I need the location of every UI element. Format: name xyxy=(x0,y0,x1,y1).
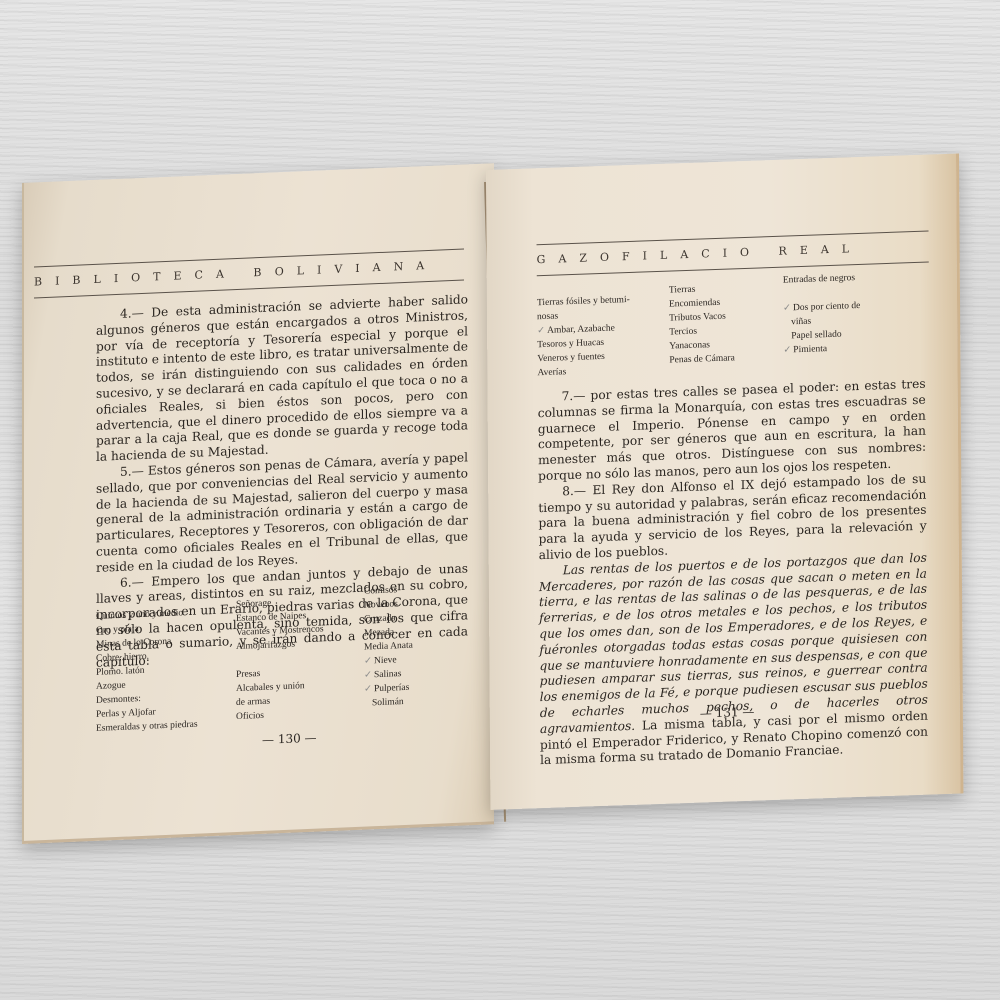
checkmark-icon: ✓ xyxy=(364,670,372,680)
list-item: Solimán xyxy=(364,695,413,711)
list-item: Media Anata xyxy=(364,639,413,655)
left-page: BIBLIOTECA BOLIVIANA 4.— De esta adminis… xyxy=(22,163,494,844)
page-number-left: — 130 — xyxy=(262,731,317,747)
list-column-1: Quintos y uno y medio Oro y plata Minas … xyxy=(96,606,198,736)
list-column-3: Entradas de negros ✓Dos por ciento de vi… xyxy=(783,271,861,358)
list-item: Penas de Cámara xyxy=(669,351,735,367)
list-item: ✓Dos por ciento de xyxy=(783,299,860,316)
list-item: ✓Pulperías xyxy=(364,681,413,697)
page-number-right: — 131 — xyxy=(700,705,755,721)
checkmark-icon: ✓ xyxy=(364,656,372,666)
running-header-left: BIBLIOTECA BOLIVIANA xyxy=(34,248,464,298)
checkmark-icon: ✓ xyxy=(537,326,545,336)
list-item-label: Nieve xyxy=(374,655,397,666)
list-column-2: Señorage Estanco de Naipes Vacantes y Mo… xyxy=(236,594,324,724)
list-item-label: Pulperías xyxy=(374,683,409,694)
checkmark-icon: ✓ xyxy=(364,684,372,694)
list-item-label: Dos por ciento de xyxy=(793,301,860,313)
running-header-right: GAZOFILACIO REAL xyxy=(537,231,929,277)
list-column-2: Tierras Encomiendas Tributos Vacos Terci… xyxy=(669,281,735,367)
list-item: Oficios xyxy=(236,706,324,724)
list-column-3: Comisos Novenos Cruzada Mezada Media Ana… xyxy=(364,583,413,711)
list-item: Entradas de negros xyxy=(783,271,860,288)
list-column-1: Tierras fósiles y betumi- nosas ✓Ambar, … xyxy=(537,293,630,380)
list-item-label: Pimienta xyxy=(793,344,827,355)
revenue-list-right: Tierras fósiles y betumi- nosas ✓Ambar, … xyxy=(537,275,918,388)
paragraph-4: 4.— De esta administración se advierte h… xyxy=(96,292,468,466)
list-item: Esmeraldas y otras piedras xyxy=(96,718,198,736)
checkmark-icon: ✓ xyxy=(783,303,791,313)
paragraph-5: 5.— Estos géneros son penas de Cámara, a… xyxy=(96,450,468,576)
revenue-list-left: Quintos y uno y medio Oro y plata Minas … xyxy=(96,594,466,750)
paragraph-8: 8.— El Rey don Alfonso el IX dejó estamp… xyxy=(538,471,927,564)
quotation: Las rentas de los puertos e de los porta… xyxy=(539,550,928,769)
right-page: GAZOFILACIO REAL Tierras fósiles y betum… xyxy=(486,153,963,809)
list-item: ✓Pimienta xyxy=(783,341,860,358)
list-item-label: Ambar, Azabache xyxy=(547,324,615,336)
list-item-label: Salinas xyxy=(374,669,401,680)
list-item: Tributos Vacos xyxy=(669,309,735,325)
paragraph-7: 7.— por estas tres calles se pasea el po… xyxy=(538,377,927,485)
checkmark-icon: ✓ xyxy=(783,345,791,355)
list-item: Averías xyxy=(537,363,630,380)
